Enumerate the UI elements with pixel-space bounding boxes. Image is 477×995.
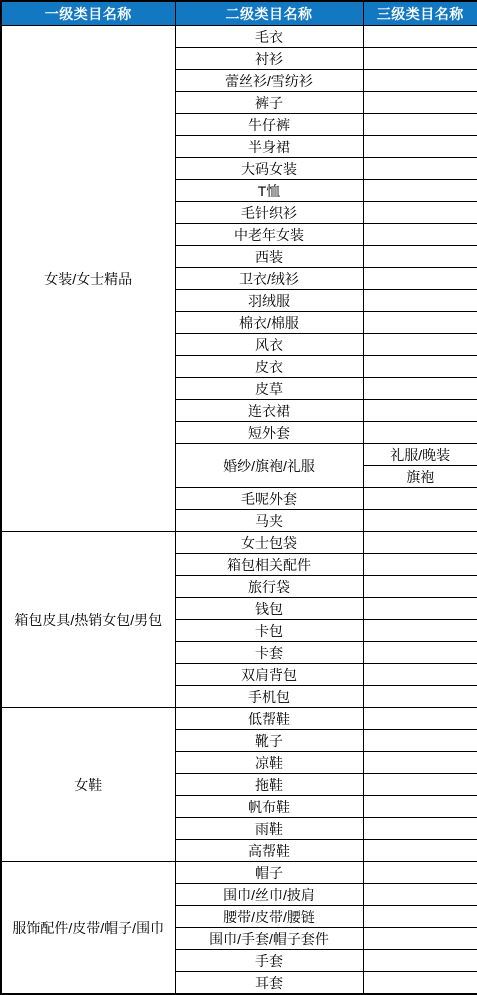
level2-cell: 高帮鞋 [175,840,363,862]
level3-cell-empty [363,928,477,950]
level2-cell: 连衣裙 [175,400,363,422]
level3-cell-empty [363,532,477,554]
header-row: 一级类目名称 二级类目名称 三级类目名称 [1,1,477,26]
level3-cell-empty [363,48,477,70]
level2-cell: 帆布鞋 [175,796,363,818]
level3-cell-empty [363,334,477,356]
level2-cell: 手机包 [175,686,363,708]
level2-cell: T恤 [175,180,363,202]
level3-cell: 礼服/晚装 [363,444,477,466]
level2-cell: 羽绒服 [175,290,363,312]
level3-cell-empty [363,774,477,796]
level3-cell-empty [363,752,477,774]
level3-cell-empty [363,796,477,818]
level2-cell: 中老年女装 [175,224,363,246]
level2-cell: 耳套 [175,972,363,995]
level3-cell-empty [363,818,477,840]
level2-cell: 风衣 [175,334,363,356]
level2-cell: 卫衣/绒衫 [175,268,363,290]
table-body: 女装/女士精品毛衣衬衫蕾丝衫/雪纺衫裤子牛仔裤半身裙大码女装T恤毛针织衫中老年女… [1,26,477,995]
level2-cell: 箱包相关配件 [175,554,363,576]
level3-cell-empty [363,884,477,906]
level2-cell: 凉鞋 [175,752,363,774]
category-table: 一级类目名称 二级类目名称 三级类目名称 女装/女士精品毛衣衬衫蕾丝衫/雪纺衫裤… [0,0,477,995]
level2-cell: 钱包 [175,598,363,620]
level2-cell: 卡包 [175,620,363,642]
level3-cell-empty [363,620,477,642]
level2-cell: 马夹 [175,510,363,532]
level2-cell: 裤子 [175,92,363,114]
level3-cell-empty [363,136,477,158]
level3-cell-empty [363,576,477,598]
page: 一级类目名称 二级类目名称 三级类目名称 女装/女士精品毛衣衬衫蕾丝衫/雪纺衫裤… [0,0,477,995]
level2-cell: 毛针织衫 [175,202,363,224]
level3-cell-empty [363,906,477,928]
level2-cell: 低帮鞋 [175,708,363,730]
level2-cell: 女士包袋 [175,532,363,554]
level3-cell-empty [363,290,477,312]
level2-cell: 腰带/皮带/腰链 [175,906,363,928]
level2-cell: 卡套 [175,642,363,664]
level2-cell: 牛仔裤 [175,114,363,136]
level3-cell-empty [363,510,477,532]
level3-cell-empty [363,400,477,422]
level3-cell-empty [363,686,477,708]
level2-cell: 旅行袋 [175,576,363,598]
table-header: 一级类目名称 二级类目名称 三级类目名称 [1,1,477,26]
level3-cell-empty [363,202,477,224]
level2-cell: 雨鞋 [175,818,363,840]
level3-cell-empty [363,312,477,334]
level3-cell-empty [363,488,477,510]
level3-cell-empty [363,70,477,92]
level1-cell: 女装/女士精品 [1,26,175,532]
level3-cell-empty [363,598,477,620]
level3-cell-empty [363,268,477,290]
level2-cell: 围巾/手套/帽子套件 [175,928,363,950]
level3-cell-empty [363,92,477,114]
level3-cell-empty [363,664,477,686]
header-level2: 二级类目名称 [175,1,363,26]
level3-cell-empty [363,730,477,752]
level1-cell: 箱包皮具/热销女包/男包 [1,532,175,708]
level3-cell-empty [363,158,477,180]
level2-cell: 皮衣 [175,356,363,378]
level3-cell-empty [363,554,477,576]
level2-cell: 靴子 [175,730,363,752]
level2-cell: 蕾丝衫/雪纺衫 [175,70,363,92]
level2-cell: 半身裙 [175,136,363,158]
level2-cell: 衬衫 [175,48,363,70]
table-row: 服饰配件/皮带/帽子/围巾帽子 [1,862,477,884]
level3-cell-empty [363,840,477,862]
level2-cell: 大码女装 [175,158,363,180]
level2-cell: 西装 [175,246,363,268]
level2-cell: 拖鞋 [175,774,363,796]
level3-cell-empty [363,642,477,664]
header-level1: 一级类目名称 [1,1,175,26]
level2-cell: 皮草 [175,378,363,400]
level3-cell-empty [363,862,477,884]
level2-cell: 双肩背包 [175,664,363,686]
header-level3: 三级类目名称 [363,1,477,26]
level2-cell: 棉衣/棉服 [175,312,363,334]
level3-cell-empty [363,972,477,995]
level3-cell: 旗袍 [363,466,477,488]
level3-cell-empty [363,26,477,48]
level3-cell-empty [363,422,477,444]
level3-cell-empty [363,114,477,136]
level3-cell-empty [363,950,477,972]
level2-cell: 帽子 [175,862,363,884]
level2-cell: 短外套 [175,422,363,444]
level3-cell-empty [363,246,477,268]
table-row: 箱包皮具/热销女包/男包女士包袋 [1,532,477,554]
level3-cell-empty [363,180,477,202]
level3-cell-empty [363,378,477,400]
level3-cell-empty [363,356,477,378]
level2-cell: 围巾/丝巾/披肩 [175,884,363,906]
level2-cell: 毛呢外套 [175,488,363,510]
level2-cell: 婚纱/旗袍/礼服 [175,444,363,488]
table-row: 女鞋低帮鞋 [1,708,477,730]
level3-cell-empty [363,224,477,246]
level1-cell: 服饰配件/皮带/帽子/围巾 [1,862,175,995]
level2-cell: 手套 [175,950,363,972]
level3-cell-empty [363,708,477,730]
table-row: 女装/女士精品毛衣 [1,26,477,48]
level1-cell: 女鞋 [1,708,175,862]
level2-cell: 毛衣 [175,26,363,48]
